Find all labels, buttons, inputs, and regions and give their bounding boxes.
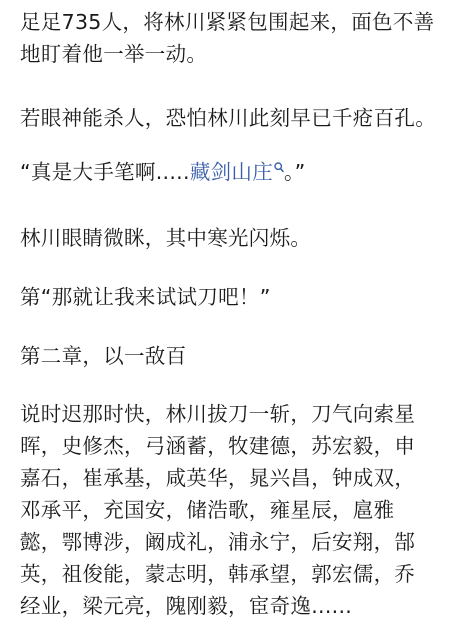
- paragraph-try-blade: 第“那就让我来试试刀吧！”: [20, 281, 440, 313]
- link-text[interactable]: 藏剑山庄: [190, 160, 273, 184]
- quote-after-text: 。”: [284, 160, 305, 184]
- search-icon[interactable]: [274, 162, 284, 174]
- paragraph-quote: “真是大手笔啊.....藏剑山庄。”: [20, 156, 440, 188]
- article-body: 足足735人，将林川紧紧包围起来，面色不善地盯着他一举一动。 若眼神能杀人，恐怕…: [0, 0, 458, 640]
- paragraph-names: 说时迟那时快，林川拔刀一斩，刀气向索星晖，史修杰，弓涵蓄，牧建德，苏宏毅，申嘉石…: [20, 398, 430, 622]
- paragraph-gaze: 若眼神能杀人，恐怕林川此刻早已千疮百孔。: [20, 102, 440, 134]
- paragraph-surrounded: 足足735人，将林川紧紧包围起来，面色不善地盯着他一举一动。: [20, 6, 440, 70]
- quote-before-text: “真是大手笔啊.....: [20, 160, 190, 184]
- chapter-title: 第二章，以一敌百: [20, 340, 440, 372]
- cangjian-villa-link[interactable]: 藏剑山庄: [190, 160, 284, 184]
- paragraph-eyes: 林川眼睛微眯，其中寒光闪烁。: [20, 222, 440, 254]
